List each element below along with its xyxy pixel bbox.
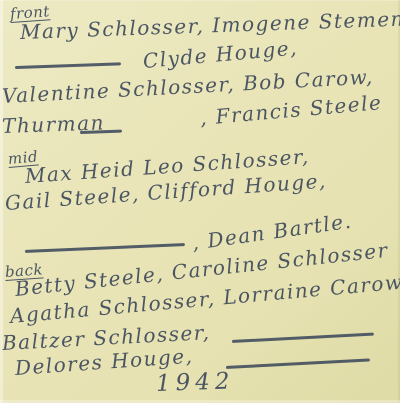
blank-name-line bbox=[226, 358, 370, 368]
note-line-front-2: Clyde Houge, bbox=[142, 36, 299, 73]
handwritten-note-photo: front Mary Schlosser, Imogene Stemen Cly… bbox=[0, 0, 400, 403]
blank-name-line bbox=[25, 243, 185, 252]
blank-name-line bbox=[15, 62, 121, 68]
note-line-front-1: Mary Schlosser, Imogene Stemen bbox=[20, 7, 400, 44]
blank-name-line bbox=[232, 333, 374, 343]
note-line-front-4-name: Thurman bbox=[2, 110, 106, 138]
year-label: 1942 bbox=[156, 368, 235, 397]
